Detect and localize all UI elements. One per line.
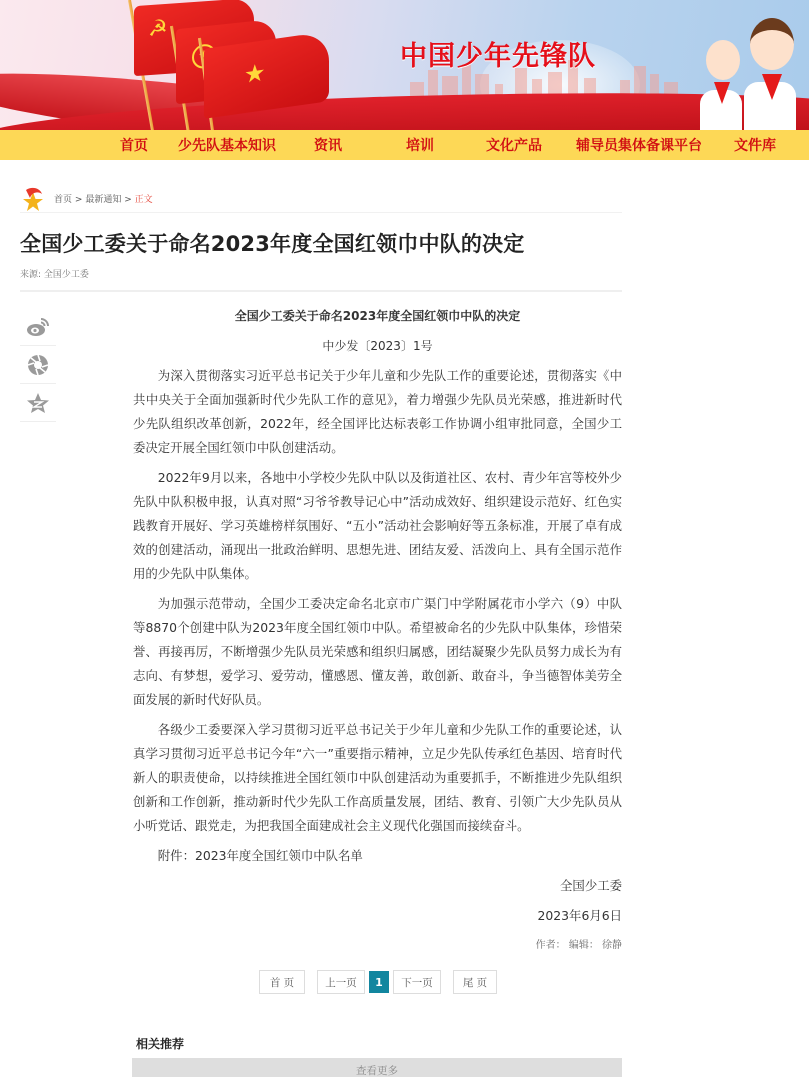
- nav-item-lesson-platform[interactable]: 辅导员集体备课平台: [576, 135, 702, 155]
- page-title: 全国少工委关于命名2023年度全国红领巾中队的决定: [20, 228, 524, 258]
- nav-item-culture-products[interactable]: 文化产品: [486, 135, 542, 155]
- breadcrumb-current: 正文: [135, 195, 153, 205]
- pioneer-logo-icon: [20, 186, 46, 212]
- camera-shutter-icon: [27, 354, 49, 376]
- article-paragraph: 为加强示范带动，全国少工委决定命名北京市广渠门中学附属花市小学六（9）中队等88…: [133, 592, 622, 712]
- pioneer-star-icon: ★: [244, 58, 266, 89]
- pagination: 首 页 上一页 1 下一页 尾 页: [259, 970, 509, 994]
- view-more-button[interactable]: 查看更多: [132, 1058, 622, 1077]
- site-title: 中国少年先锋队: [400, 34, 596, 73]
- author-editor-line: 作者： 编辑： 徐静: [133, 934, 622, 958]
- red-scarf: [714, 82, 730, 104]
- header-banner: ☭ ★ ★ 中国少年先锋队: [0, 0, 809, 130]
- nav-item-home[interactable]: 首页: [120, 135, 148, 155]
- breadcrumb-latest-notices[interactable]: 最新通知: [85, 195, 121, 205]
- breadcrumb-row: 首页 > 最新通知 > 正文: [20, 185, 622, 213]
- article-paragraph: 为深入贯彻落实习近平总书记关于少年儿童和少先队工作的重要论述，贯彻落实《中共中央…: [133, 364, 622, 460]
- qzone-star-icon: [26, 392, 50, 414]
- main-nav: 首页 少先队基本知识 资讯 培训 文化产品 辅导员集体备课平台 文件库: [0, 130, 809, 160]
- breadcrumb-separator: >: [124, 195, 132, 205]
- article-body: 全国少工委关于命名2023年度全国红领巾中队的决定 中少发〔2023〕1号 为深…: [133, 304, 622, 958]
- share-weibo-button[interactable]: [20, 308, 56, 346]
- breadcrumb-home[interactable]: 首页: [54, 195, 72, 205]
- nav-item-training[interactable]: 培训: [406, 135, 434, 155]
- article-source: 来源: 全国少工委: [20, 267, 89, 280]
- publish-date: 2023年6月6日: [133, 904, 622, 928]
- weibo-icon: [26, 317, 50, 337]
- document-number: 中少发〔2023〕1号: [133, 334, 622, 358]
- article-paragraph: 2022年9月以来，各地中小学校少先队中队以及街道社区、农村、青少年宫等校外少先…: [133, 466, 622, 586]
- document-title: 全国少工委关于命名2023年度全国红领巾中队的决定: [133, 304, 622, 328]
- title-divider: [20, 290, 622, 292]
- nav-item-news[interactable]: 资讯: [314, 135, 342, 155]
- signature: 全国少工委: [133, 874, 622, 898]
- first-page-button[interactable]: 首 页: [259, 970, 305, 994]
- prev-page-button[interactable]: 上一页: [317, 970, 365, 994]
- red-scarf: [762, 74, 782, 100]
- kid-face: [750, 18, 794, 70]
- hammer-sickle-icon: ☭: [148, 16, 168, 42]
- last-page-button[interactable]: 尾 页: [453, 970, 497, 994]
- current-page[interactable]: 1: [369, 971, 389, 993]
- kid-face: [706, 40, 740, 80]
- share-moments-button[interactable]: [20, 346, 56, 384]
- share-bar: [20, 308, 56, 422]
- breadcrumb: 首页 > 最新通知 > 正文: [54, 192, 153, 205]
- related-heading: 相关推荐: [136, 1035, 184, 1052]
- next-page-button[interactable]: 下一页: [393, 970, 441, 994]
- nav-item-basics[interactable]: 少先队基本知识: [178, 135, 276, 155]
- breadcrumb-separator: >: [75, 195, 83, 205]
- nav-item-file-library[interactable]: 文件库: [734, 135, 776, 155]
- article-paragraph: 各级少工委要深入学习贯彻习近平总书记关于少年儿童和少先队工作的重要论述，认真学习…: [133, 718, 622, 838]
- attachment-link[interactable]: 附件：2023年度全国红领巾中队名单: [133, 844, 622, 868]
- share-qzone-button[interactable]: [20, 384, 56, 422]
